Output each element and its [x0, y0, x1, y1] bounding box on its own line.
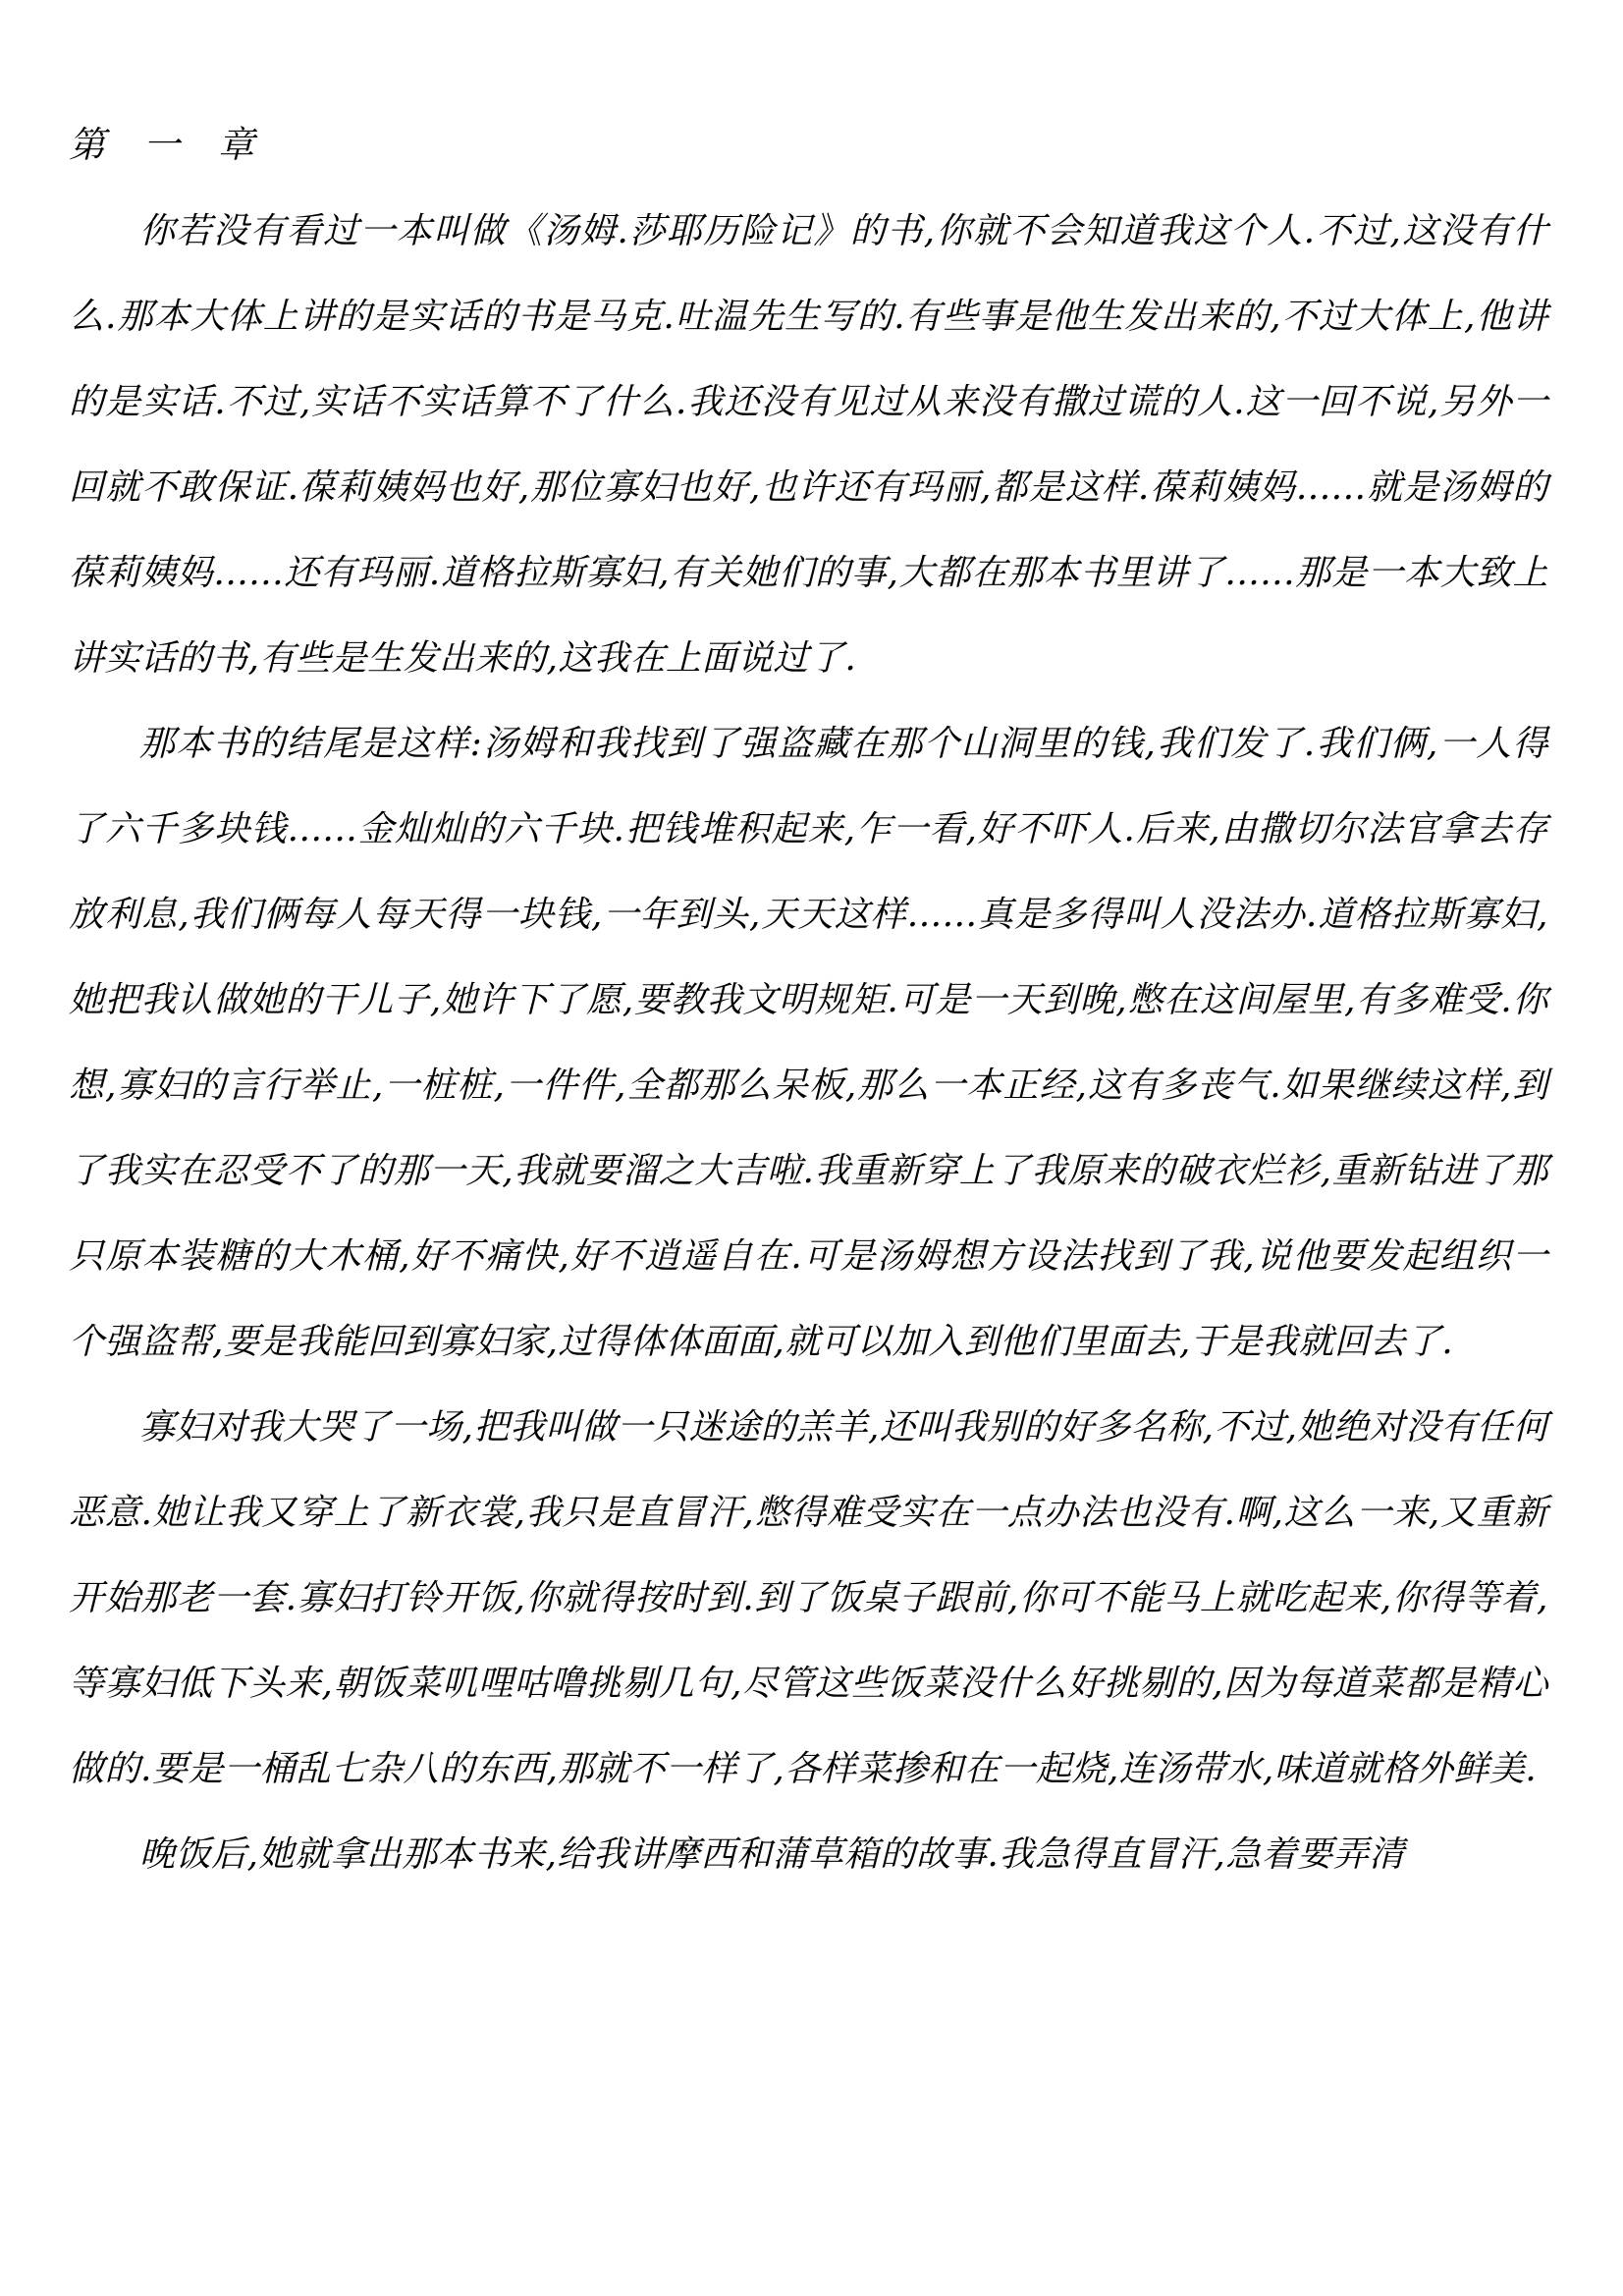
document-page: 第 一 章 你若没有看过一本叫做《汤姆.莎耶历险记》的书,你就不会知道我这个人.…: [0, 0, 1623, 2296]
paragraph-2: 那本书的结尾是这样:汤姆和我找到了强盗藏在那个山洞里的钱,我们发了.我们俩,一人…: [69, 701, 1548, 1385]
paragraph-4: 晚饭后,她就拿出那本书来,给我讲摩西和蒲草箱的故事.我急得直冒汗,急着要弄清: [69, 1812, 1548, 1897]
paragraph-1: 你若没有看过一本叫做《汤姆.莎耶历险记》的书,你就不会知道我这个人.不过,这没有…: [69, 189, 1548, 701]
page-content: 第 一 章 你若没有看过一本叫做《汤姆.莎耶历险记》的书,你就不会知道我这个人.…: [0, 0, 1623, 1897]
chapter-title: 第 一 章: [69, 102, 1548, 189]
paragraph-3: 寡妇对我大哭了一场,把我叫做一只迷途的羔羊,还叫我别的好多名称,不过,她绝对没有…: [69, 1385, 1548, 1812]
